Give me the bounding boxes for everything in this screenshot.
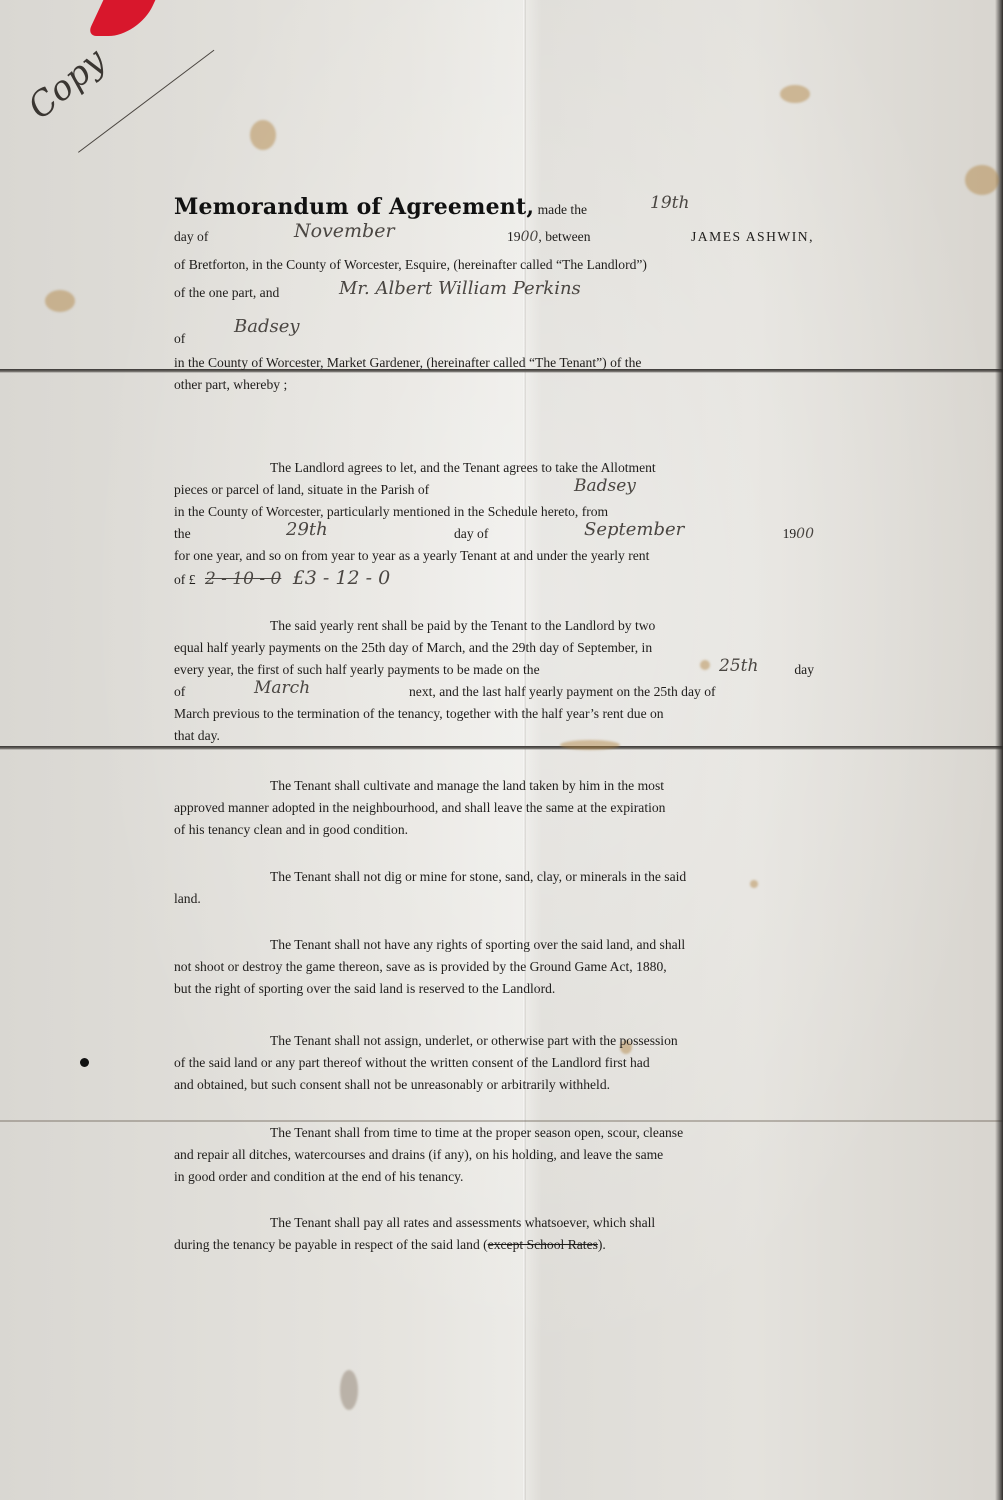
struck-school-rates: except School Rates (488, 1237, 598, 1252)
tenant-name-handwritten: Mr. Albert William Perkins (339, 278, 581, 300)
clause-sporting-line-2: not shoot or destroy the game thereon, s… (174, 959, 667, 974)
day-handwritten: 19th (650, 192, 689, 214)
clause-rates-line-1: The Tenant shall pay all rates and asses… (270, 1215, 655, 1230)
year-handwritten: 00 (521, 229, 539, 245)
clause-rent-line-1: The said yearly rent shall be paid by th… (270, 618, 655, 633)
start-year-handwritten: 00 (796, 526, 814, 542)
clause-rent-line-3: every year, the first of such half yearl… (174, 662, 540, 677)
clause-rent-payment: The said yearly rent shall be paid by th… (174, 615, 814, 747)
clause-ditches-line-2: and repair all ditches, watercourses and… (174, 1147, 663, 1162)
stain (780, 85, 810, 103)
stain (250, 120, 276, 150)
document-paper: Copy Memorandum of Agreement, made the 1… (0, 0, 1003, 1500)
clause-assign-line-1: The Tenant shall not assign, underlet, o… (270, 1033, 678, 1048)
clause-let-line-2: pieces or parcel of land, situate in the… (174, 482, 429, 497)
clause-cultivate-line-1: The Tenant shall cultivate and manage th… (270, 778, 664, 793)
punch-dot (80, 1058, 89, 1067)
clause-let: The Landlord agrees to let, and the Tena… (174, 457, 814, 589)
start-month-handwritten: September (584, 519, 684, 541)
clause-dig: The Tenant shall not dig or mine for sto… (174, 866, 814, 910)
clause-rent-line-5: March previous to the termination of the… (174, 706, 664, 721)
stain (45, 290, 75, 312)
clause-rates-line-2-end: ). (598, 1237, 606, 1252)
clause-cultivate-line-2: approved manner adopted in the neighbour… (174, 800, 665, 815)
clause-rent-line-4: next, and the last half yearly payment o… (409, 681, 716, 703)
clause-dig-line-2: land. (174, 891, 201, 906)
of-label: of (174, 331, 185, 346)
landlord-name: JAMES ASHWIN, (691, 226, 814, 248)
clause-ditches-line-1: The Tenant shall from time to time at th… (270, 1125, 683, 1140)
clause-rates-line-2: during the tenancy be payable in respect… (174, 1237, 488, 1252)
clause-sporting: The Tenant shall not have any rights of … (174, 934, 814, 1000)
clause-rent-line-6: that day. (174, 728, 220, 743)
stain (965, 165, 999, 195)
clause-let-line-5: for one year, and so on from year to yea… (174, 548, 649, 563)
clause-assign-line-3: and obtained, but such consent shall not… (174, 1077, 610, 1092)
rent-struck-handwritten: 2 - 10 - 0 (205, 569, 281, 589)
between-label: , between (538, 229, 590, 244)
clause-assign: The Tenant shall not assign, underlet, o… (174, 1030, 814, 1096)
agreement-header: Memorandum of Agreement, made the 19th d… (174, 196, 814, 396)
month-handwritten: November (294, 220, 395, 242)
the-label: the (174, 526, 191, 541)
clause-sporting-line-3: but the right of sporting over the said … (174, 981, 555, 996)
start-day-handwritten: 29th (286, 519, 328, 541)
rent-handwritten: £3 - 12 - 0 (293, 567, 390, 589)
rent-prefix: of £ (174, 572, 196, 587)
clause-assign-line-2: of the said land or any part thereof wit… (174, 1055, 650, 1070)
clause-cultivate-line-3: of his tenancy clean and in good conditi… (174, 822, 408, 837)
tenant-place-handwritten: Badsey (234, 316, 300, 338)
one-part-label: of the one part, and (174, 285, 279, 300)
whereby-line: other part, whereby ; (174, 377, 287, 392)
of-label: of (174, 684, 185, 699)
clause-rates: The Tenant shall pay all rates and asses… (174, 1212, 814, 1256)
paper-edge-shadow (995, 0, 1003, 1500)
year-printed: 19 (507, 229, 521, 244)
first-month-handwritten: March (254, 677, 310, 699)
clause-let-line-3: in the County of Worcester, particularly… (174, 504, 608, 519)
clause-cultivate: The Tenant shall cultivate and manage th… (174, 775, 814, 841)
start-year-printed: 19 (783, 526, 797, 541)
document-title: Memorandum of Agreement, (174, 194, 534, 220)
clause-ditches: The Tenant shall from time to time at th… (174, 1122, 814, 1188)
made-the-label: made the (538, 202, 587, 217)
day-of-label: day of (174, 229, 208, 244)
stain (340, 1370, 358, 1410)
clause-sporting-line-1: The Tenant shall not have any rights of … (270, 937, 685, 952)
day-label: day (794, 659, 814, 681)
clause-ditches-line-3: in good order and condition at the end o… (174, 1169, 463, 1184)
first-day-handwritten: 25th (719, 655, 758, 677)
clause-let-line-1: The Landlord agrees to let, and the Tena… (270, 460, 656, 475)
clause-rent-line-2: equal half yearly payments on the 25th d… (174, 640, 652, 655)
clause-dig-line-1: The Tenant shall not dig or mine for sto… (270, 869, 686, 884)
parish-handwritten: Badsey (574, 475, 636, 497)
tenant-line: in the County of Worcester, Market Garde… (174, 355, 641, 370)
day-of-label: day of (454, 523, 488, 545)
